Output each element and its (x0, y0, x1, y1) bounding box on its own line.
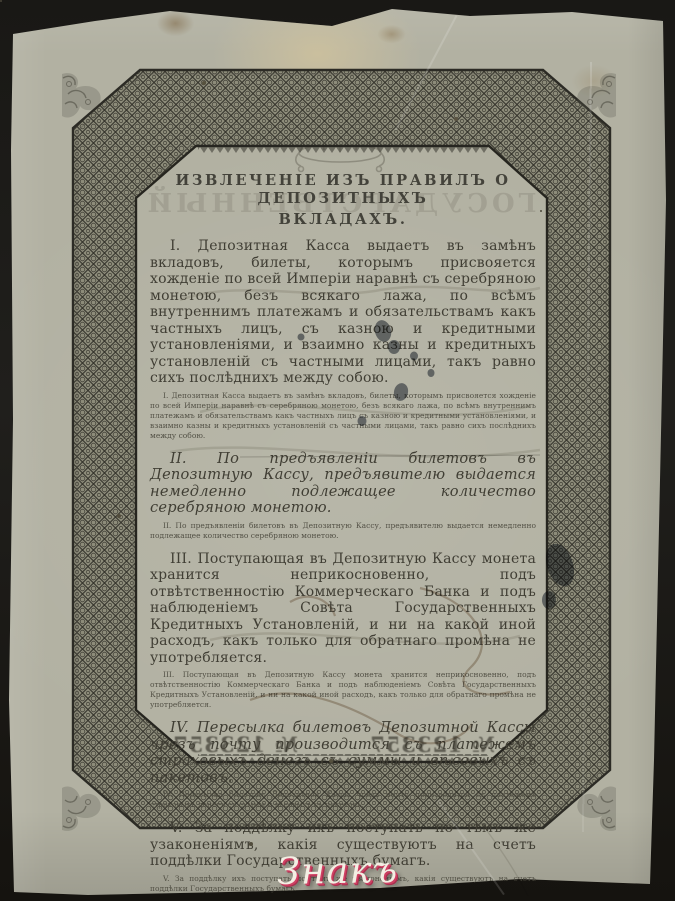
rule-1-small-text: I. Депозитная Касса выдаетъ въ замѣнъ вк… (150, 391, 536, 441)
rule-4-large-text: IV. Пересылка билетовъ Депозитной Кассы … (150, 720, 536, 786)
rule-2-large-text: II. По предъявленіи билетовъ въ Депозитн… (150, 451, 536, 517)
rule-3-small-text: III. Поступающая въ Депозитную Кассу мон… (150, 670, 536, 710)
photographed-banknote-reverse: ГОСУДАРСТВЕННЫЙ № 123357 № 123357 (0, 0, 675, 901)
foxing-specks (0, 0, 2, 2)
document-title-line2: ВКЛАДАХЪ. (150, 211, 536, 229)
rule-1-large-text: I. Депозитная Касса выдаетъ въ замѣнъ вк… (150, 238, 536, 387)
document-title-line1: ИЗВЛЕЧЕНІЕ ИЗЪ ПРАВИЛЪ О ДЕПОЗИТНЫХЪ (150, 172, 536, 208)
rule-3-large-text: III. Поступающая въ Депозитную Кассу мон… (150, 551, 536, 667)
inner-fringe-top (198, 147, 488, 154)
corner-ornament-bottom-left (62, 786, 101, 830)
rules-text-block: ИЗВЛЕЧЕНІЕ ИЗЪ ПРАВИЛЪ О ДЕПОЗИТНЫХЪ ВКЛ… (150, 172, 536, 894)
rule-4-small-text: IV. Пересылка билетовъ Депозитной Кассы … (150, 790, 536, 810)
rule-2-small-text: II. По предъявленіи билетовъ въ Депозитн… (150, 521, 536, 541)
